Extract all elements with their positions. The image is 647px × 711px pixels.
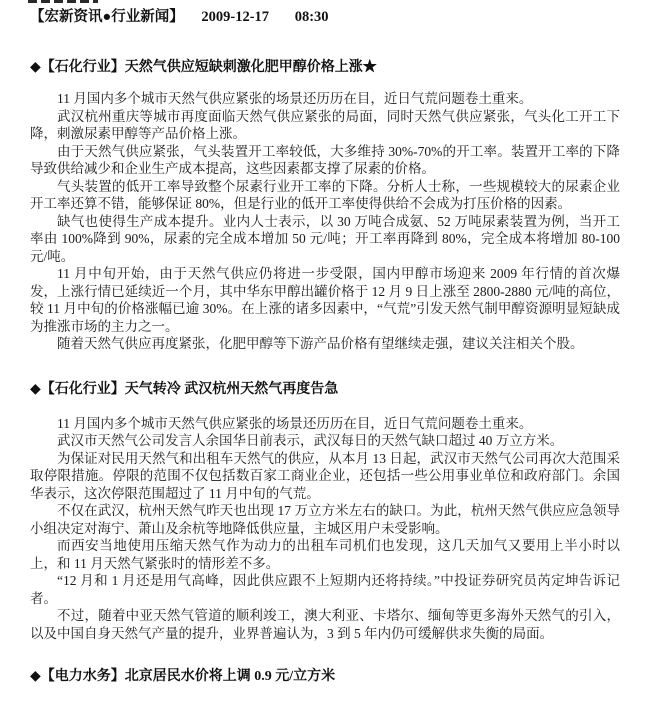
section-heading: ◆【石化行业】天然气供应短缺刺激化肥甲醇价格上涨★ [30,59,620,77]
news-paragraph: “12 月和 1 月还是用气高峰，因此供应跟不上短期内还将持续。”中投证券研究员… [30,572,620,607]
news-paragraph: 而西安当地使用压缩天然气作为动力的出租车司机们也发现，这几天加气又要用上半小时以… [30,537,620,572]
news-paragraph: 气头装置的低开工率导致整个尿素行业开工率的下降。分析人士称，一些规模较大的尿素企… [30,178,620,213]
news-paragraph: 11 月国内多个城市天然气供应紧张的场景还历历在目，近日气荒问题卷土重来。 [30,415,620,433]
news-paragraph: 11 月中旬开始，由于天然气供应仍将进一步受限，国内甲醇市场迎来 2009 年行… [30,265,620,335]
section-power-water: ◆【电力水务】北京居民水价将上调 0.9 元/立方米 [30,668,620,686]
news-digest-page: 【宏新资讯●行业新闻】 2009-12-17 08:30 ◆【石化行业】天然气供… [0,0,647,711]
news-paragraph: 缺气也使得生产成本提升。业内人士表示，以 30 万吨合成氨、52 万吨尿素装置为… [30,213,620,266]
news-paragraph: 11 月国内多个城市天然气供应紧张的场景还历历在目，近日气荒问题卷土重来。 [30,90,620,108]
news-paragraph: 不过，随着中亚天然气管道的顺利竣工，澳大利亚、卡塔尔、缅甸等更多海外天然气的引入… [30,607,620,642]
news-paragraph: 武汉杭州重庆等城市再度面临天然气供应紧张的局面，同时天然气供应紧张，气头化工开工… [30,108,620,143]
masthead: 【宏新资讯●行业新闻】 2009-12-17 08:30 [30,8,620,26]
issue-date: 2009-12-17 [201,9,269,25]
section-petrochemical-cold-weather: ◆【石化行业】天气转冷 武汉杭州天然气再度告急 11 月国内多个城市天然气供应紧… [30,381,620,643]
news-paragraph: 武汉市天然气公司发言人余国华日前表示，武汉每日的天然气缺口超过 40 万立方米。 [30,432,620,450]
section-heading: ◆【石化行业】天气转冷 武汉杭州天然气再度告急 [30,381,620,399]
news-paragraph: 不仅在武汉，杭州天然气昨天也出现 17 万立方米左右的缺口。为此，杭州天然气供应… [30,502,620,537]
issue-time: 08:30 [295,9,329,25]
brand-label: 【宏新资讯●行业新闻】 [30,9,184,25]
news-paragraph: 为保证对民用天然气和出租车天然气的供应，从本月 13 日起，武汉市天然气公司再次… [30,450,620,503]
news-paragraph: 随着天然气供应再度紧张，化肥甲醇等下游产品价格有望继续走强，建议关注相关个股。 [30,335,620,353]
section-petrochemical-gas-fertilizer: ◆【石化行业】天然气供应短缺刺激化肥甲醇价格上涨★ 11 月国内多个城市天然气供… [30,59,620,353]
section-heading: ◆【电力水务】北京居民水价将上调 0.9 元/立方米 [30,668,620,686]
news-paragraph: 由于天然气供应紧张，气头装置开工率较低，大多维持 30%-70%的开工率。装置开… [30,143,620,178]
cropped-line-artifact [28,0,98,3]
